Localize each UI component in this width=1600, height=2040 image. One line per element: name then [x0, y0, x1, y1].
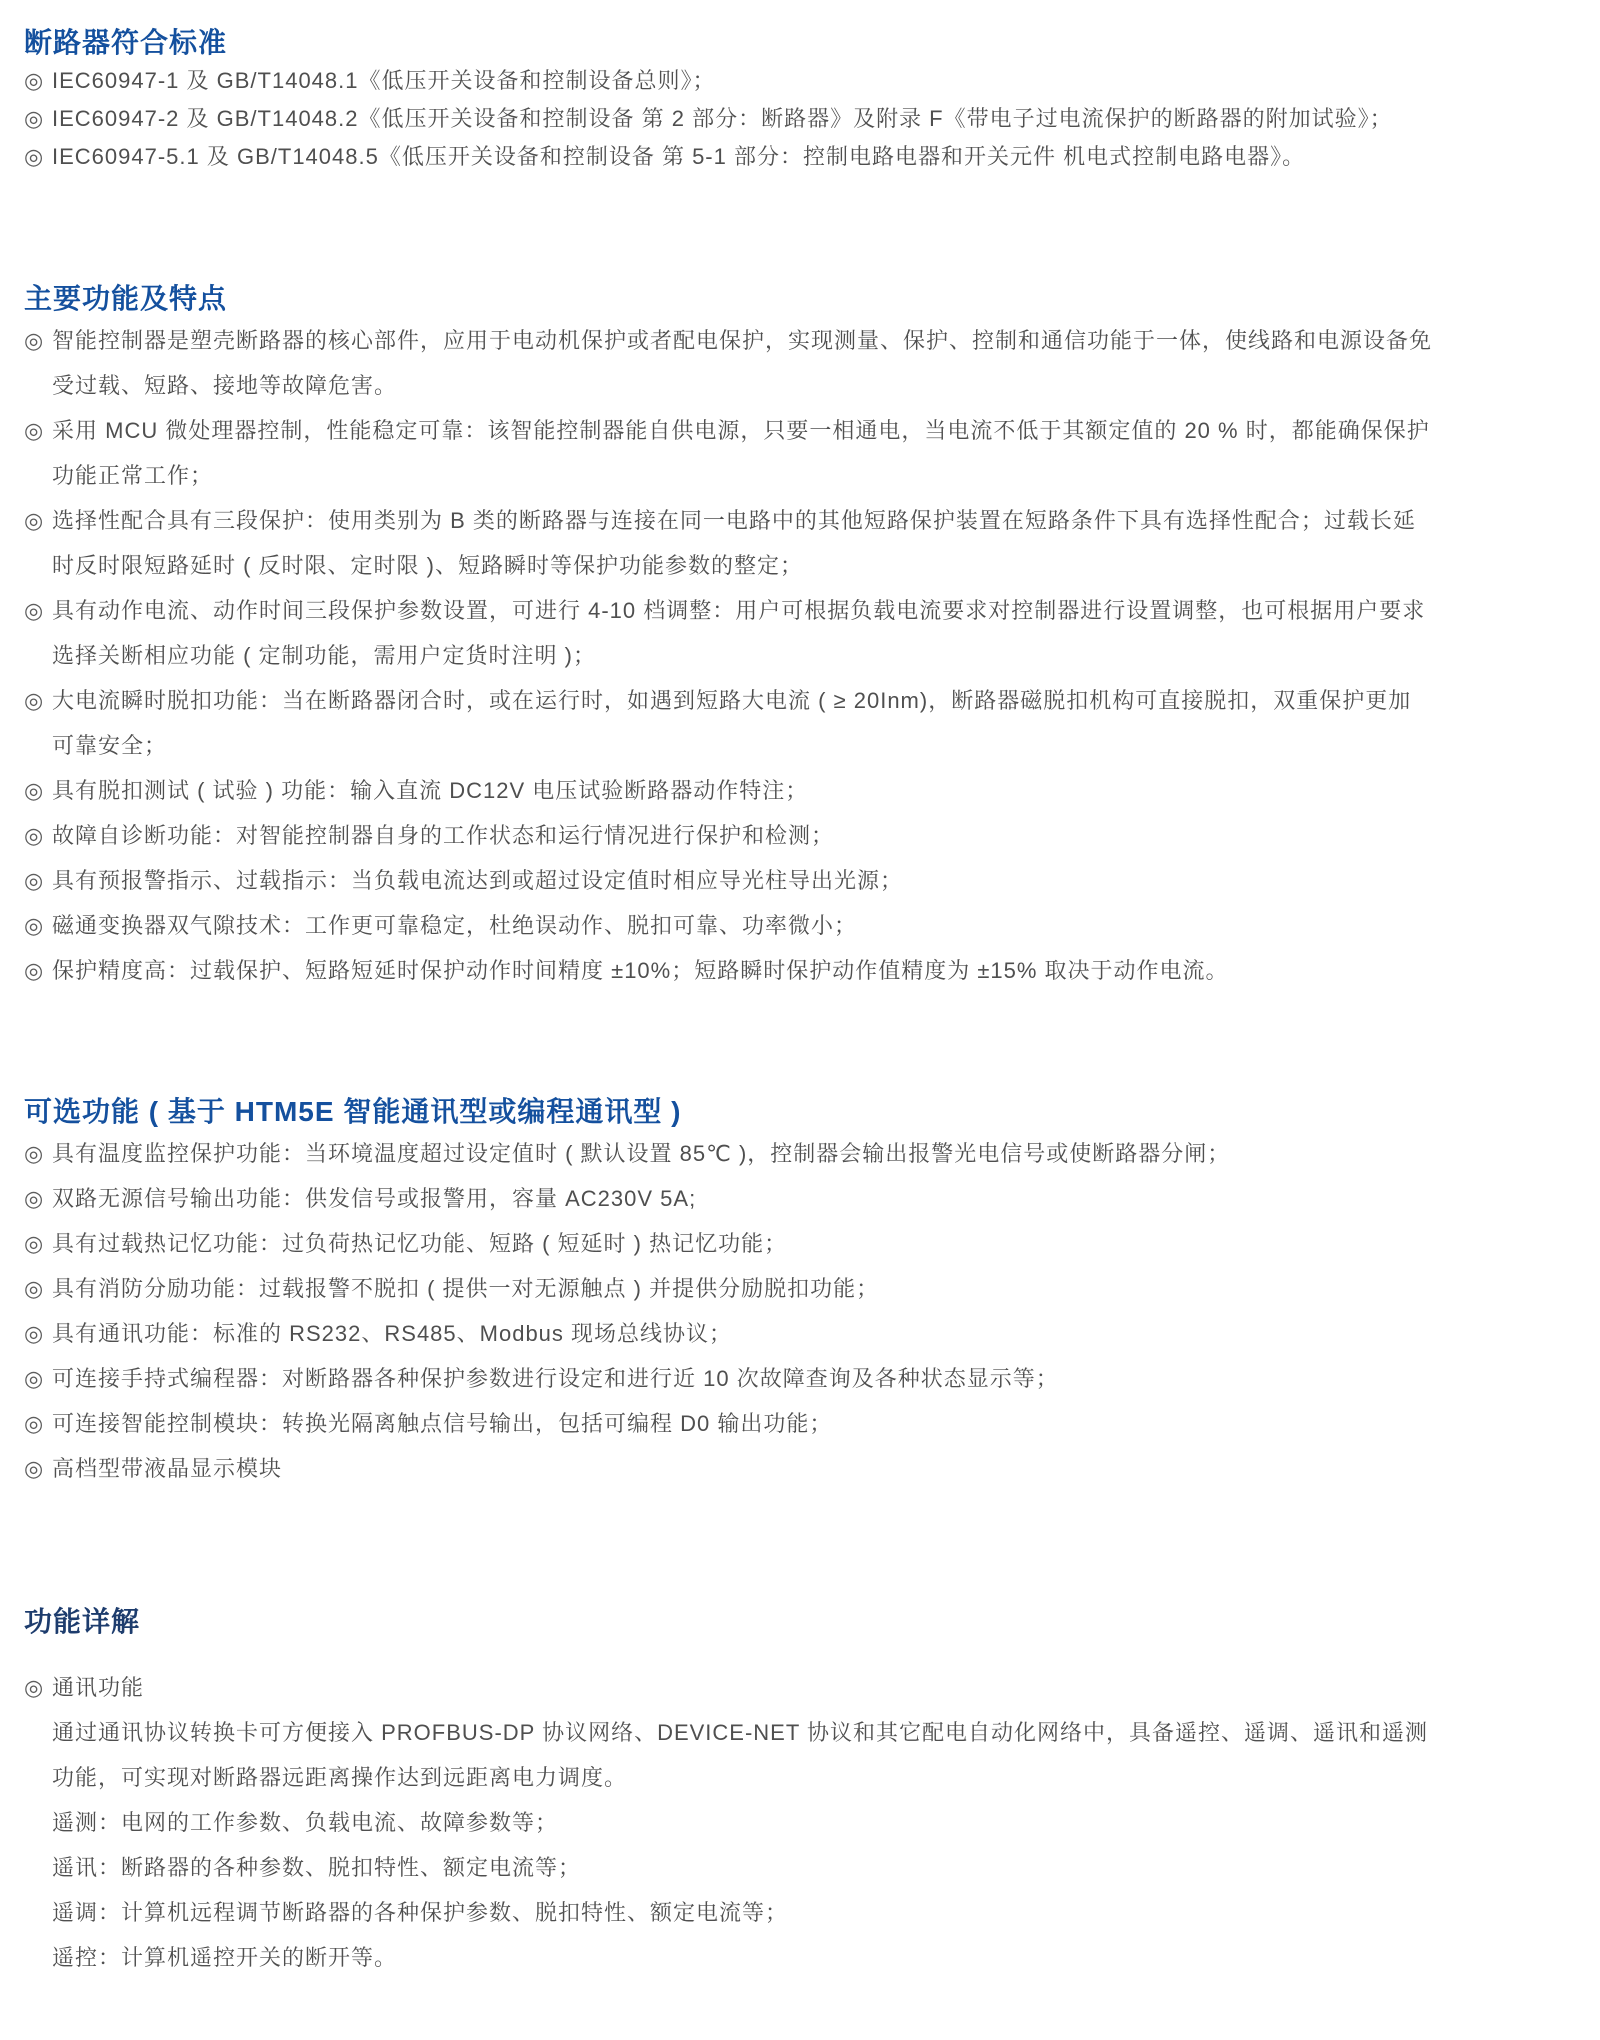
bullet-icon: ◎: [24, 948, 44, 993]
list-item: ◎ 具有通讯功能：标准的 RS232、RS485、Modbus 现场总线协议；: [24, 1311, 1432, 1356]
remote-line: 遥控：计算机遥控开关的断开等。: [24, 1935, 1432, 1980]
bullet-icon: ◎: [24, 318, 44, 363]
bullet-icon: ◎: [24, 1221, 44, 1266]
bullet-icon: ◎: [24, 588, 44, 633]
product-doc-page: 断路器符合标准 ◎ IEC60947-1 及 GB/T14048.1《低压开关设…: [0, 0, 1600, 2040]
section-standards: 断路器符合标准 ◎ IEC60947-1 及 GB/T14048.1《低压开关设…: [24, 24, 1560, 176]
list-item-text: 保护精度高：过载保护、短路短延时保护动作时间精度 ±10%；短路瞬时保护动作值精…: [52, 958, 1229, 983]
list-item: ◎ 故障自诊断功能：对智能控制器自身的工作状态和运行情况进行保护和检测；: [24, 813, 1432, 858]
bullet-icon: ◎: [24, 1176, 44, 1221]
list-item: ◎ IEC60947-2 及 GB/T14048.2《低压开关设备和控制设备 第…: [24, 100, 1432, 138]
bullet-icon: ◎: [24, 768, 44, 813]
list-item-text: 双路无源信号输出功能：供发信号或报警用，容量 AC230V 5A;: [52, 1186, 696, 1211]
bullet-icon: ◎: [24, 903, 44, 948]
list-item-text: 高档型带液晶显示模块: [52, 1456, 282, 1481]
details-content: ◎ 通讯功能 通过通讯协议转换卡可方便接入 PROFBUS-DP 协议网络、DE…: [24, 1665, 1432, 1980]
list-item: ◎ 具有消防分励功能：过载报警不脱扣 ( 提供一对无源触点 ) 并提供分励脱扣功…: [24, 1266, 1432, 1311]
remote-line: 遥讯：断路器的各种参数、脱扣特性、额定电流等；: [24, 1845, 1432, 1890]
section-title-optional: 可选功能 ( 基于 HTM5E 智能通讯型或编程通讯型 ): [24, 1093, 1560, 1131]
list-item-text: 可连接手持式编程器：对断路器各种保护参数进行设定和进行近 10 次故障查询及各种…: [52, 1366, 1059, 1391]
list-item: ◎ 高档型带液晶显示模块: [24, 1446, 1432, 1491]
section-title-features: 主要功能及特点: [24, 280, 1560, 318]
list-item-text: IEC60947-1 及 GB/T14048.1《低压开关设备和控制设备总则》；: [52, 68, 716, 93]
bullet-icon: ◎: [24, 498, 44, 543]
bullet-icon: ◎: [24, 1266, 44, 1311]
list-item: ◎ IEC60947-5.1 及 GB/T14048.5《低压开关设备和控制设备…: [24, 138, 1432, 176]
section-title-standards: 断路器符合标准: [24, 24, 1560, 62]
list-item-text: 具有过载热记忆功能：过负荷热记忆功能、短路 ( 短延时 ) 热记忆功能；: [52, 1231, 787, 1256]
list-item: ◎ 采用 MCU 微处理器控制，性能稳定可靠：该智能控制器能自供电源，只要一相通…: [24, 408, 1432, 498]
list-item-text: 具有通讯功能：标准的 RS232、RS485、Modbus 现场总线协议；: [52, 1321, 732, 1346]
bullet-icon: ◎: [24, 100, 44, 138]
list-item: ◎ 保护精度高：过载保护、短路短延时保护动作时间精度 ±10%；短路瞬时保护动作…: [24, 948, 1432, 993]
features-list: ◎ 智能控制器是塑壳断路器的核心部件，应用于电动机保护或者配电保护，实现测量、保…: [24, 318, 1432, 993]
list-item-text: 具有动作电流、动作时间三段保护参数设置，可进行 4-10 档调整：用户可根据负载…: [52, 598, 1425, 668]
list-item-text: 具有预报警指示、过载指示：当负载电流达到或超过设定值时相应导光柱导出光源；: [52, 868, 903, 893]
list-item-text: 采用 MCU 微处理器控制，性能稳定可靠：该智能控制器能自供电源，只要一相通电，…: [52, 418, 1430, 488]
list-item: ◎ 可连接手持式编程器：对断路器各种保护参数进行设定和进行近 10 次故障查询及…: [24, 1356, 1432, 1401]
list-item: ◎ 具有脱扣测试 ( 试验 ) 功能：输入直流 DC12V 电压试验断路器动作特…: [24, 768, 1432, 813]
bullet-icon: ◎: [24, 1446, 44, 1491]
list-item-text: 可连接智能控制模块：转换光隔离触点信号输出，包括可编程 D0 输出功能；: [52, 1411, 832, 1436]
bullet-icon: ◎: [24, 1131, 44, 1176]
list-item: ◎ 选择性配合具有三段保护：使用类别为 B 类的断路器与连接在同一电路中的其他短…: [24, 498, 1432, 588]
remote-line: 遥调：计算机远程调节断路器的各种保护参数、脱扣特性、额定电流等；: [24, 1890, 1432, 1935]
standards-list: ◎ IEC60947-1 及 GB/T14048.1《低压开关设备和控制设备总则…: [24, 62, 1432, 176]
list-item: ◎ IEC60947-1 及 GB/T14048.1《低压开关设备和控制设备总则…: [24, 62, 1432, 100]
list-item: ◎ 智能控制器是塑壳断路器的核心部件，应用于电动机保护或者配电保护，实现测量、保…: [24, 318, 1432, 408]
list-item: ◎ 可连接智能控制模块：转换光隔离触点信号输出，包括可编程 D0 输出功能；: [24, 1401, 1432, 1446]
section-title-details: 功能详解: [24, 1603, 1560, 1641]
list-item-text: 磁通变换器双气隙技术：工作更可靠稳定，杜绝误动作、脱扣可靠、功率微小；: [52, 913, 857, 938]
bullet-icon: ◎: [24, 858, 44, 903]
details-subsection-label: 通讯功能: [52, 1675, 144, 1700]
list-item: ◎ 具有过载热记忆功能：过负荷热记忆功能、短路 ( 短延时 ) 热记忆功能；: [24, 1221, 1432, 1266]
bullet-icon: ◎: [24, 62, 44, 100]
list-item: ◎ 磁通变换器双气隙技术：工作更可靠稳定，杜绝误动作、脱扣可靠、功率微小；: [24, 903, 1432, 948]
remote-line: 遥测：电网的工作参数、负载电流、故障参数等；: [24, 1800, 1432, 1845]
bullet-icon: ◎: [24, 1356, 44, 1401]
list-item: ◎ 具有动作电流、动作时间三段保护参数设置，可进行 4-10 档调整：用户可根据…: [24, 588, 1432, 678]
list-item-text: 智能控制器是塑壳断路器的核心部件，应用于电动机保护或者配电保护，实现测量、保护、…: [52, 328, 1432, 398]
bullet-icon: ◎: [24, 1401, 44, 1446]
optional-list: ◎ 具有温度监控保护功能：当环境温度超过设定值时 ( 默认设置 85℃ )，控制…: [24, 1131, 1432, 1491]
bullet-icon: ◎: [24, 678, 44, 723]
bullet-icon: ◎: [24, 408, 44, 453]
list-item-text: 选择性配合具有三段保护：使用类别为 B 类的断路器与连接在同一电路中的其他短路保…: [52, 508, 1416, 578]
list-item: ◎ 具有温度监控保护功能：当环境温度超过设定值时 ( 默认设置 85℃ )，控制…: [24, 1131, 1432, 1176]
bullet-icon: ◎: [24, 1665, 44, 1710]
details-subsection: ◎ 通讯功能: [24, 1665, 1432, 1710]
list-item-text: 故障自诊断功能：对智能控制器自身的工作状态和运行情况进行保护和检测；: [52, 823, 834, 848]
list-item-text: IEC60947-2 及 GB/T14048.2《低压开关设备和控制设备 第 2…: [52, 106, 1393, 131]
bullet-icon: ◎: [24, 1311, 44, 1356]
list-item-text: 具有脱扣测试 ( 试验 ) 功能：输入直流 DC12V 电压试验断路器动作特注；: [52, 778, 808, 803]
bullet-icon: ◎: [24, 138, 44, 176]
list-item-text: 具有消防分励功能：过载报警不脱扣 ( 提供一对无源触点 ) 并提供分励脱扣功能；: [52, 1276, 879, 1301]
bullet-icon: ◎: [24, 813, 44, 858]
section-features: 主要功能及特点 ◎ 智能控制器是塑壳断路器的核心部件，应用于电动机保护或者配电保…: [24, 280, 1560, 993]
section-details: 功能详解 ◎ 通讯功能 通过通讯协议转换卡可方便接入 PROFBUS-DP 协议…: [24, 1603, 1560, 1980]
list-item: ◎ 双路无源信号输出功能：供发信号或报警用，容量 AC230V 5A;: [24, 1176, 1432, 1221]
list-item-text: 具有温度监控保护功能：当环境温度超过设定值时 ( 默认设置 85℃ )，控制器会…: [52, 1141, 1230, 1166]
list-item: ◎ 具有预报警指示、过载指示：当负载电流达到或超过设定值时相应导光柱导出光源；: [24, 858, 1432, 903]
list-item-text: IEC60947-5.1 及 GB/T14048.5《低压开关设备和控制设备 第…: [52, 144, 1305, 169]
list-item: ◎ 大电流瞬时脱扣功能：当在断路器闭合时，或在运行时，如遇到短路大电流 ( ≥ …: [24, 678, 1432, 768]
section-optional: 可选功能 ( 基于 HTM5E 智能通讯型或编程通讯型 ) ◎ 具有温度监控保护…: [24, 1093, 1560, 1491]
details-paragraph: 通过通讯协议转换卡可方便接入 PROFBUS-DP 协议网络、DEVICE-NE…: [24, 1710, 1432, 1800]
list-item-text: 大电流瞬时脱扣功能：当在断路器闭合时，或在运行时，如遇到短路大电流 ( ≥ 20…: [52, 688, 1411, 758]
